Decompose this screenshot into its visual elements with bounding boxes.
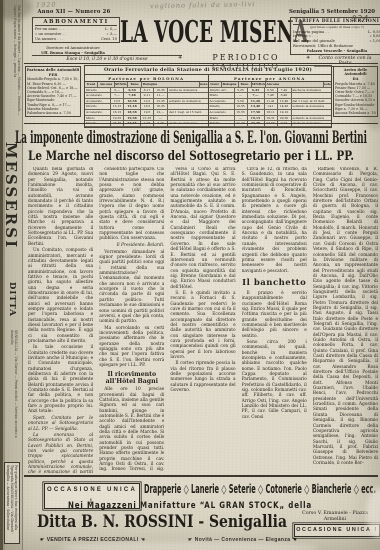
train-type: Diretto — [209, 104, 235, 109]
paper-highlight — [60, 542, 320, 550]
newspaper-page: Vini fini da pasto e da dessert — Lacrim… — [0, 0, 380, 550]
time-bologna: 15,35 — [154, 99, 168, 104]
ornament-icon: ✳ — [178, 55, 182, 61]
ad-vendite-note: ☛ VENDITE A PREZZI ECCEZIONALI ☚ — [40, 537, 145, 543]
time-fano: 13,40 — [248, 104, 265, 109]
margin-ad-mid: SENIGALLIA — Via Cavour — Prezzi modici … — [10, 330, 18, 448]
svg-text:Drapperie ◇ Lanerie ◇ Seterie: Drapperie ◇ Lanerie ◇ Seterie ◇ Cotoneri… — [144, 481, 376, 496]
time-fano: 11,20 — [248, 99, 265, 104]
paragraph: La onoranza al Sottosegretario di Stato … — [28, 433, 93, 473]
train-type: Misto — [209, 116, 235, 121]
margin-ad-bottom: Per qualunque lavoro fino rivolgersi all… — [4, 462, 20, 544]
rail-timetable-title: Orario Ferroviario della Stazione di SEN… — [85, 66, 331, 75]
paragraph: Quanti nella giornata di domenica 29 Ago… — [28, 167, 93, 247]
paragraph: Il corteo riprende poscia la via del rit… — [170, 361, 235, 393]
time-senigallia: 19,58 — [124, 116, 141, 121]
timetable-rule — [24, 123, 378, 124]
paragraph: Un Comitato, composto di amministratori,… — [28, 248, 93, 344]
issue-number-line: Anno XII — Numero 26 — [28, 9, 120, 15]
time-fano: 21,35 — [141, 116, 154, 121]
auto-departures-list: PER Mondolfo-Pergola a. 7,55 e 10,—M. Fa… — [25, 72, 81, 117]
svg-text:LA VOCE MISENA: LA VOCE MISENA — [120, 15, 308, 50]
time-fano: 8,11 — [141, 88, 154, 93]
rail-table-bologna: Partenze per BOLOGNA treniAnconaSENIGALL… — [85, 75, 209, 127]
rail-column-header: treni — [85, 82, 98, 87]
auto-departures-box: Partenza delle Automobili PER Mondolfo-P… — [25, 66, 81, 117]
paragraph: Il banchetto — [242, 278, 307, 288]
rail-table-ancona: Partenze per ANCONA treniBolognaFanoSENI… — [209, 75, 332, 127]
time-bologna: — — [235, 93, 248, 98]
rail-column-header: Bologna — [222, 82, 239, 87]
rail-column-header: Fano — [128, 82, 142, 87]
ad-novita-note: ☛ Novità — Convenienza — Eleganza ☚ — [188, 537, 297, 543]
ad-rates-address: Palazzo Vescovile - Senigallia — [293, 49, 380, 54]
auto-arrivals-box: Arrivo delle Automobili DA Pergola-Marot… — [333, 66, 378, 117]
time-senigallia: 7,48 — [265, 93, 278, 98]
train-type: Accelerato — [85, 110, 111, 115]
subscription-line: Un numero . . . Cent. 10 — [35, 37, 117, 42]
time-senigallia: 18,58 — [124, 110, 141, 115]
paragraph: Vorremmo dimandare al signor presidente:… — [99, 250, 164, 325]
subscription-box: ABBONAMENTI Per un anno . . . L. 5,— » u… — [32, 17, 120, 43]
time-bologna: 22,— — [154, 110, 168, 115]
ad-vendite-text: VENDITE A PREZZI ECCEZIONALI — [47, 537, 139, 543]
rail-ancona-title: Partenze per ANCONA — [209, 75, 332, 82]
train-type: Accelerato — [209, 99, 235, 104]
time-ancona: 5,— — [111, 88, 124, 93]
time-fano: 6,45 — [248, 88, 265, 93]
newspaper-title: LA VOCE MISENA — [118, 12, 310, 50]
time-bologna: 15,55 — [235, 110, 248, 115]
time-bologna: 10,55 — [235, 104, 248, 109]
ad-rates-lines: In quarta pagina . . L. 0,50 In terza » … — [293, 30, 380, 49]
rail-timetable: Orario Ferroviario della Stazione di SEN… — [84, 65, 332, 128]
train-type: Diretto — [85, 104, 111, 109]
paragraph: S. E. è quindi invitato a recarsi a Forn… — [170, 291, 235, 360]
train-note — [168, 104, 208, 109]
time-fano: 16,5 — [141, 104, 154, 109]
time-fano: 17,50 — [248, 110, 265, 115]
article-headline: La imponente dimostrazione di Senigallia… — [2, 126, 380, 148]
train-type: Misto — [209, 93, 235, 98]
paragraph: Sono circa 200 i commensali, dei quali, … — [242, 340, 307, 420]
rail-column-header: note — [200, 82, 207, 87]
train-note: soltanto la domenica — [292, 104, 332, 109]
time-fano: 19,15 — [248, 116, 265, 121]
time-bologna: — — [235, 116, 248, 121]
rail-column-header: Bologna — [142, 82, 200, 87]
margin-ad-ditta: DITTA — [7, 282, 17, 317]
time-ancona: 12,40 — [278, 99, 292, 104]
article-subheadline: Le Marche nel discorso del Sottosegretar… — [2, 147, 380, 164]
subscription-lines: Per un anno . . . L. 5,— » un semestre .… — [35, 27, 117, 41]
rail-column-header: Ancona — [98, 82, 115, 87]
ad-rates-box: TARIFFA DELLE INSERZIONI (per linea o sp… — [290, 17, 380, 55]
paragraph: Il pranzo è servito inappuntabilmente da… — [242, 291, 307, 339]
train-note — [168, 93, 208, 98]
time-senigallia: 18,11 — [265, 110, 278, 115]
time-senigallia: 19,31 — [265, 116, 278, 121]
auto-arrivals-title: Arrivo delle Automobili — [333, 66, 378, 76]
paragraph: Il ricevimento all'Hôtel Bagni — [99, 371, 164, 385]
time-ancona: 15,15 — [111, 104, 124, 109]
time-senigallia: 6,50 — [124, 88, 141, 93]
time-bologna: 5,25 — [235, 88, 248, 93]
article-column-4: Circa le 12, di ritorno, da S. Gaudenzio… — [242, 167, 307, 473]
train-note: anche la domenica — [168, 88, 208, 93]
article-column-2: consentito partecipare. Ciò non toglie c… — [99, 167, 164, 473]
train-type: Accelerato — [85, 93, 111, 98]
subscription-label: Un numero . . . — [35, 37, 63, 42]
rail-column-header: SENIGALLIA — [115, 82, 128, 87]
rail-column-header: SENIGALLIA — [252, 82, 266, 87]
rail-bologna-title: Partenze per BOLOGNA — [85, 75, 208, 82]
paragraph: Ma sorvolando su certi inconvenienti del… — [99, 326, 164, 369]
train-note: dal 1 Lugl. al 15 Sett. — [168, 110, 208, 115]
svg-text:La imponente dimostrazione di: La imponente dimostrazione di Senigallia… — [15, 128, 367, 148]
ad-products-line: Drapperie ◇ Lanerie ◇ Seterie ◇ Cotoneri… — [142, 479, 378, 498]
auto-departure-entry: Palombara-Ancona a. 7,50 — [27, 111, 79, 115]
train-note: dal 1 Lugl. al 15 Sett. — [292, 99, 332, 104]
train-note: anche la domenica — [292, 88, 332, 93]
article-column-5: Raffaeli Vincenzo, il R. Commissario di … — [313, 167, 378, 473]
train-type: Accelerato — [209, 110, 235, 115]
pointing-hand-icon: ☛ — [188, 537, 193, 543]
pointing-hand-icon: ☚ — [140, 537, 145, 543]
auto-arrival-entries: Pergola-Marotta a. 7,40 e 18,15Pesaro-Fa… — [335, 82, 376, 116]
time-senigallia: 11,41 — [265, 99, 278, 104]
footer-rule — [24, 475, 378, 477]
paragraph: Raffaeli Vincenzo, il R. Commissario di … — [313, 167, 378, 466]
time-ancona: 14,45 — [278, 104, 292, 109]
train-type: Misto — [85, 116, 111, 121]
time-senigallia: 15,18 — [124, 104, 141, 109]
paragraph: verso il Corso si arriva all'Hôtel Bagni… — [170, 167, 235, 290]
time-ancona: 18,15 — [111, 110, 124, 115]
masthead-rule — [24, 63, 378, 64]
rail-bologna-rows: Diretto 5,— 6,50 8,11 10,35 anche la dom… — [85, 88, 208, 127]
rail-column-header: note — [324, 82, 331, 87]
rail-column-header: Ancona — [266, 82, 324, 87]
ad-ditta-rossini: Ditta B. N. ROSSINI - Senigallia — [34, 509, 290, 533]
time-bologna: 11,— — [154, 93, 168, 98]
time-fano: 9,11 — [141, 93, 154, 98]
handwritten-note-left: 1920 — [36, 1, 57, 9]
paragraph: Il Presidente: Belardi. — [99, 243, 164, 248]
left-fold-margin: Vini fini da pasto e da dessert — Lacrim… — [0, 0, 23, 550]
ad-novita-text: Novità — Convenienza — Eleganza — [195, 537, 291, 543]
rail-column-header: treni — [209, 82, 222, 87]
paragraph: In tale occasione il Comitato credette s… — [28, 345, 93, 414]
auto-arrivals-list: DA Pergola-Marotta a. 7,40 e 18,15Pesaro… — [333, 76, 378, 117]
time-ancona: 19,35 — [111, 116, 124, 121]
auto-departure-entries: Mondolfo-Pergola a. 7,55 e 10,—M. Fano-P… — [27, 77, 79, 115]
rail-column-header: Fano — [239, 82, 252, 87]
occasione-unica-right: OCCASIONE UNICA ! — [294, 524, 380, 537]
ornament-icon: ✳ — [306, 55, 310, 61]
pointing-hand-icon: ☛ — [40, 537, 45, 543]
time-fano: 12,5 — [141, 99, 154, 104]
paragraph: Alle ore 10 precise provenienti dai bagn… — [99, 387, 164, 473]
train-note — [168, 116, 208, 121]
article-body: Quanti nella giornata di domenica 29 Ago… — [28, 167, 378, 473]
article-column-1: Quanti nella giornata di domenica 29 Ago… — [28, 167, 93, 473]
train-note — [292, 93, 332, 98]
time-ancona: 19,10 — [278, 110, 292, 115]
auto-departures-title: Partenza delle Automobili — [25, 66, 81, 72]
train-note: soltanto la domenica — [168, 99, 208, 104]
svg-text:Le Marche nel discorso del Sot: Le Marche nel discorso del Sottosegretar… — [28, 149, 354, 164]
time-bologna: 18,35 — [154, 104, 168, 109]
time-senigallia: 10,58 — [124, 99, 141, 104]
time-ancona: 7,— — [111, 93, 124, 98]
time-bologna: 10,35 — [154, 88, 168, 93]
time-ancona: 8,40 — [278, 93, 292, 98]
margin-ad-top: Vini fini da pasto e da dessert — Lacrim… — [13, 5, 21, 123]
auto-arrival-entry: Ancona-Palombara a. 18,30 — [335, 111, 376, 115]
time-bologna: — — [154, 116, 168, 121]
paragraph: consentito partecipare. Ciò non toglie c… — [99, 167, 164, 242]
time-fano: 7,— — [248, 93, 265, 98]
pointing-hand-icon: ☚ — [292, 537, 297, 543]
admin-note-1: Direttore ed Amministratore — [32, 46, 114, 51]
time-fano: 19,5 — [141, 110, 154, 115]
train-note: soltanto la domenica — [292, 116, 332, 121]
time-bologna: 5,50 — [235, 99, 248, 104]
svg-text:Ditta B. N. ROSSINI - Senigall: Ditta B. N. ROSSINI - Senigallia — [37, 512, 287, 532]
paragraph: Circa le 12, di ritorno, da S. Gaudenzio… — [242, 167, 307, 274]
train-note — [292, 110, 332, 115]
time-ancona: 10,5 — [111, 99, 124, 104]
time-senigallia: 6,50 — [265, 88, 278, 93]
time-ancona: 7,40 — [278, 88, 292, 93]
subscription-title: ABBONAMENTI — [35, 19, 117, 26]
time-senigallia: 14,1 — [265, 104, 278, 109]
train-type: Diretto — [85, 88, 111, 93]
subscription-price: Cent. 10 — [101, 37, 117, 42]
train-type: Accelerato — [85, 99, 111, 104]
ad-rate-price: » 1,00 — [369, 39, 380, 44]
paragraph: Spett. Comitato per le onoranze al Sotto… — [28, 416, 93, 432]
ad-address: Corso V. Emanuele - Piazza Armellini — [292, 511, 378, 523]
auto-arrival-entry: Sassofer.-Arcevia 8,15 e 18,50 — [335, 98, 376, 102]
time-senigallia: 7,48 — [124, 93, 141, 98]
train-type: Diretto arr. — [209, 88, 235, 93]
auto-departure-entry: Mondolfo-Pergola a. 7,55 e 10,— — [27, 77, 79, 81]
rail-ancona-rows: Diretto arr. 5,25 6,45 6,50 7,40 anche l… — [209, 88, 332, 127]
time-ancona: 20,30 — [278, 116, 292, 121]
article-column-3: verso il Corso si arriva all'Hôtel Bagni… — [170, 167, 235, 473]
